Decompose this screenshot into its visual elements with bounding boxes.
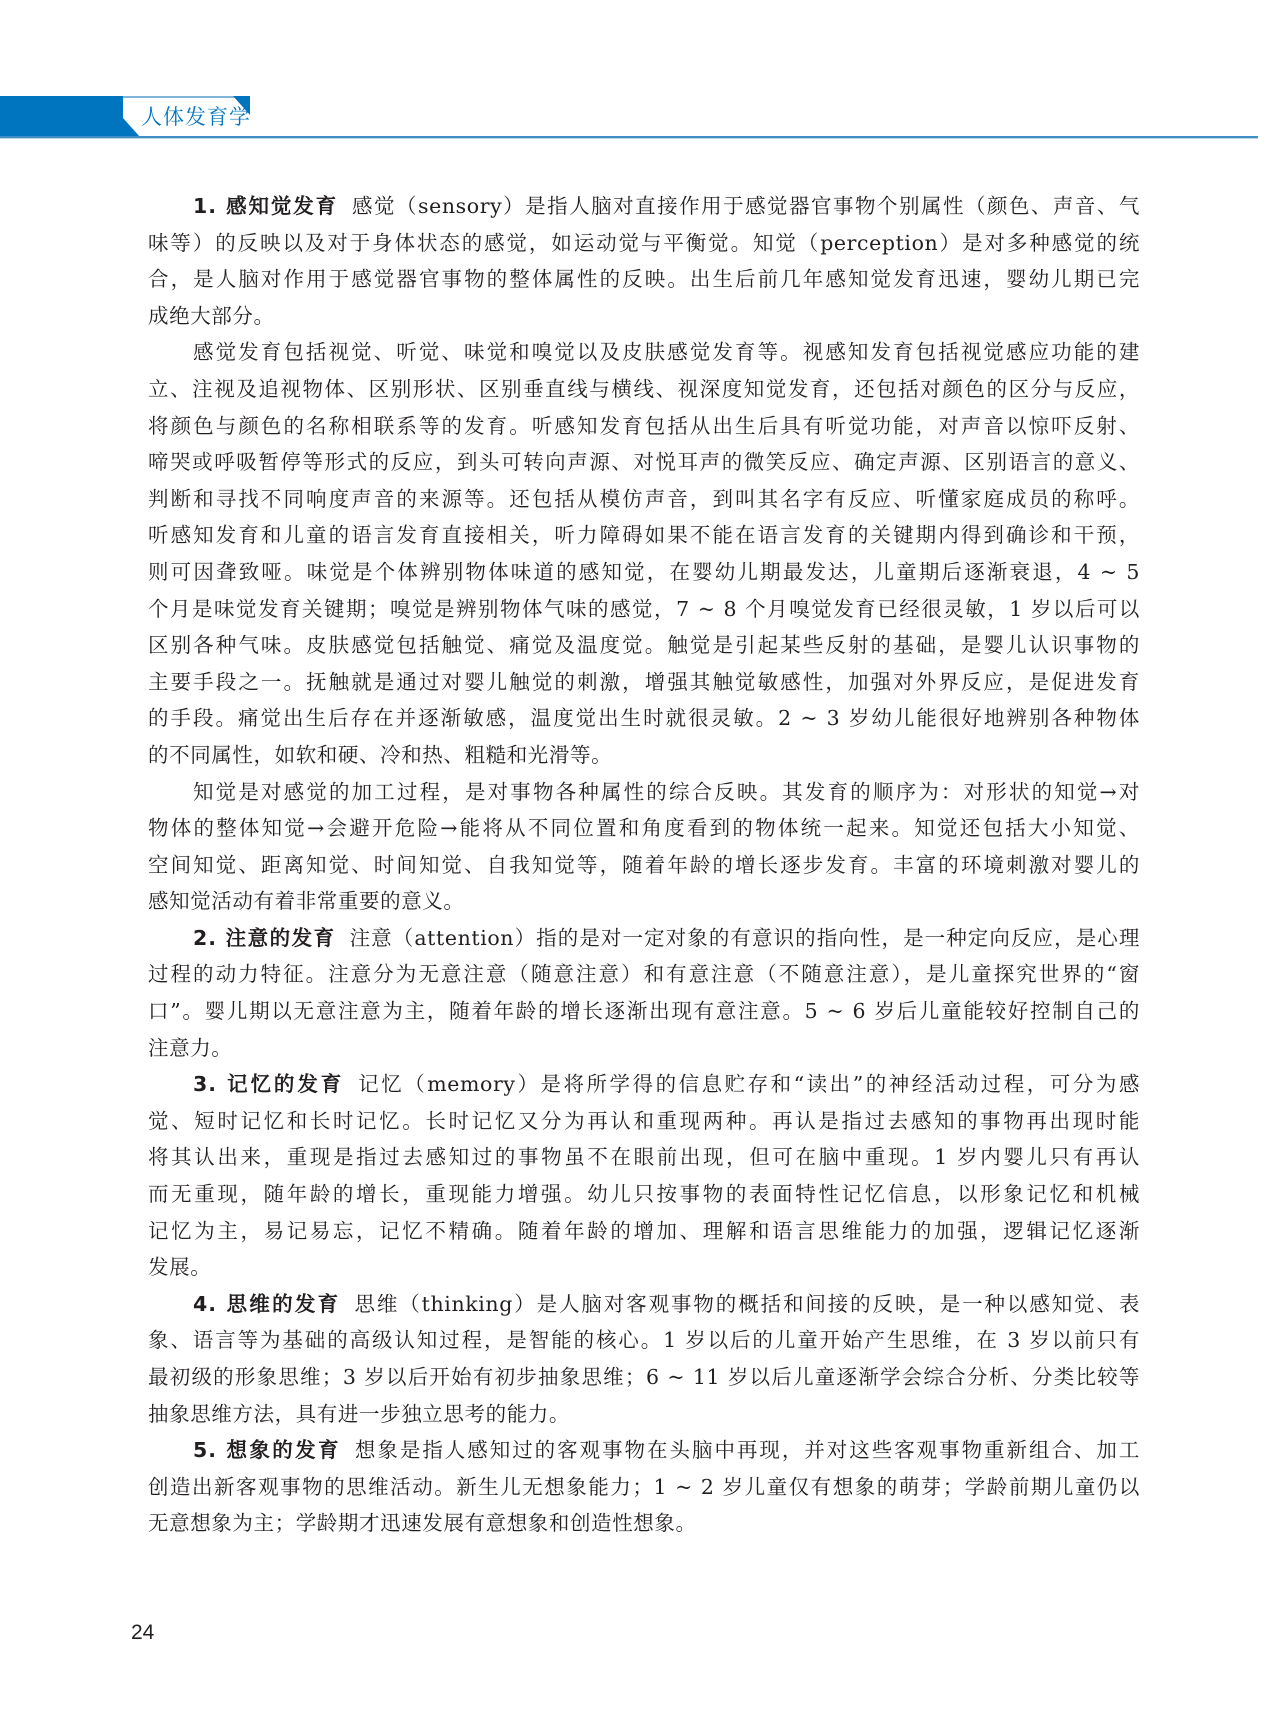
text-line: 过程的动力特征。注意分为无意注意（随意注意）和有意注意（不随意注意），是儿童探究… [148, 956, 1140, 993]
section-1-paragraph: 1. 感知觉发育感觉（sensory）是指人脑对直接作用于感觉器官事物个别属性（… [148, 188, 1140, 334]
line-text: 发展。 [148, 1255, 211, 1279]
text-line: 3. 记忆的发育记忆（memory）是将所学得的信息贮存和“读出”的神经活动过程… [148, 1066, 1140, 1103]
line-text: 感觉（sensory）是指人脑对直接作用于感觉器官事物个别属性（颜色、声音、气 [352, 194, 1140, 218]
line-text: 的手段。痛觉出生后存在并逐渐敏感，温度觉出生时就很灵敏。2 ~ 3 岁幼儿能很好… [148, 706, 1140, 730]
line-text: 合，是人脑对作用于感觉器官事物的整体属性的反映。出生后前几年感知觉发育迅速，婴幼… [148, 267, 1140, 291]
line-text: 物体的整体知觉→会避开危险→能将从不同位置和角度看到的物体统一起来。知觉还包括大… [148, 816, 1140, 840]
text-line: 感觉发育包括视觉、听觉、味觉和嗅觉以及皮肤感觉发育等。视感知发育包括视觉感应功能… [148, 334, 1140, 371]
text-line: 1. 感知觉发育感觉（sensory）是指人脑对直接作用于感觉器官事物个别属性（… [148, 188, 1140, 225]
text-line: 知觉是对感觉的加工过程，是对事物各种属性的综合反映。其发育的顺序为：对形状的知觉… [148, 774, 1140, 811]
header-blue-block [0, 96, 123, 137]
text-line: 听感知发育和儿童的语言发育直接相关，听力障碍如果不能在语言发育的关键期内得到确诊… [148, 517, 1140, 554]
line-text: 无意想象为主；学龄期才迅速发展有意想象和创造性想象。 [148, 1511, 697, 1535]
text-line: 口”。婴儿期以无意注意为主，随着年龄的增长逐渐出现有意注意。5 ~ 6 岁后儿童… [148, 993, 1140, 1030]
section-4-paragraph: 4. 思维的发育思维（thinking）是人脑对客观事物的概括和间接的反映，是一… [148, 1286, 1140, 1432]
text-line: 而无重现，随年龄的增长，重现能力增强。幼儿只按事物的表面特性记忆信息，以形象记忆… [148, 1176, 1140, 1213]
section-heading: 2. 注意的发育 [193, 926, 336, 950]
section-heading: 4. 思维的发育 [193, 1292, 340, 1316]
line-text: 立、注视及追视物体、区别形状、区别垂直线与横线、视深度知觉发育，还包括对颜色的区… [148, 377, 1140, 401]
text-line: 的不同属性，如软和硬、冷和热、粗糙和光滑等。 [148, 737, 1140, 774]
line-text: 的不同属性，如软和硬、冷和热、粗糙和光滑等。 [148, 743, 612, 767]
text-line: 5. 想象的发育想象是指人感知过的客观事物在头脑中再现，并对这些客观事物重新组合… [148, 1432, 1140, 1469]
line-text: 将颜色与颜色的名称相联系等的发育。听感知发育包括从出生后具有听觉功能，对声音以惊… [148, 414, 1140, 438]
text-line: 发展。 [148, 1249, 1140, 1286]
line-text: 记忆（memory）是将所学得的信息贮存和“读出”的神经活动过程，可分为感 [358, 1072, 1140, 1096]
text-line: 4. 思维的发育思维（thinking）是人脑对客观事物的概括和间接的反映，是一… [148, 1286, 1140, 1323]
text-line: 记忆为主，易记易忘，记忆不精确。随着年龄的增加、理解和语言思维能力的加强，逻辑记… [148, 1213, 1140, 1250]
text-line: 感知觉活动有着非常重要的意义。 [148, 883, 1140, 920]
line-text: 最初级的形象思维；3 岁以后开始有初步抽象思维；6 ~ 11 岁以后儿童逐渐学会… [148, 1365, 1140, 1389]
line-text: 将其认出来，重现是指过去感知过的事物虽不在眼前出现，但可在脑中重现。1 岁内婴儿… [148, 1145, 1140, 1169]
text-line: 主要手段之一。抚触就是通过对婴儿触觉的刺激，增强其触觉敏感性，加强对外界反应，是… [148, 664, 1140, 701]
section-5-paragraph: 5. 想象的发育想象是指人感知过的客观事物在头脑中再现，并对这些客观事物重新组合… [148, 1432, 1140, 1542]
text-line: 无意想象为主；学龄期才迅速发展有意想象和创造性想象。 [148, 1505, 1140, 1542]
header-rule-shadow [0, 138, 1258, 139]
section-3-paragraph: 3. 记忆的发育记忆（memory）是将所学得的信息贮存和“读出”的神经活动过程… [148, 1066, 1140, 1286]
line-text: 感觉发育包括视觉、听觉、味觉和嗅觉以及皮肤感觉发育等。视感知发育包括视觉感应功能… [193, 340, 1140, 364]
section-2-paragraph: 2. 注意的发育注意（attention）指的是对一定对象的有意识的指向性，是一… [148, 920, 1140, 1066]
section-1-paragraph-2: 感觉发育包括视觉、听觉、味觉和嗅觉以及皮肤感觉发育等。视感知发育包括视觉感应功能… [148, 334, 1140, 773]
text-line: 立、注视及追视物体、区别形状、区别垂直线与横线、视深度知觉发育，还包括对颜色的区… [148, 371, 1140, 408]
text-line: 觉、短时记忆和长时记忆。长时记忆又分为再认和重现两种。再认是指过去感知的事物再出… [148, 1103, 1140, 1140]
line-text: 而无重现，随年龄的增长，重现能力增强。幼儿只按事物的表面特性记忆信息，以形象记忆… [148, 1182, 1140, 1206]
section-heading: 1. 感知觉发育 [193, 194, 338, 218]
book-title: 人体发育学 [141, 104, 251, 130]
line-text: 思维（thinking）是人脑对客观事物的概括和间接的反映，是一种以感知觉、表 [354, 1292, 1140, 1316]
line-text: 则可因聋致哑。味觉是个体辨别物体味道的感知觉，在婴幼儿期最发达，儿童期后逐渐衰退… [148, 560, 1140, 584]
text-line: 2. 注意的发育注意（attention）指的是对一定对象的有意识的指向性，是一… [148, 920, 1140, 957]
line-text: 过程的动力特征。注意分为无意注意（随意注意）和有意注意（不随意注意），是儿童探究… [148, 962, 1140, 986]
line-text: 注意力。 [148, 1036, 232, 1060]
text-line: 则可因聋致哑。味觉是个体辨别物体味道的感知觉，在婴幼儿期最发达，儿童期后逐渐衰退… [148, 554, 1140, 591]
line-text: 个月是味觉发育关键期；嗅觉是辨别物体气味的感觉，7 ~ 8 个月嗅觉发育已经很灵… [148, 597, 1140, 621]
text-line: 味等）的反映以及对于身体状态的感觉，如运动觉与平衡觉。知觉（perception… [148, 225, 1140, 262]
page-number: 24 [131, 1621, 154, 1645]
line-text: 感知觉活动有着非常重要的意义。 [148, 889, 465, 913]
page-body: 1. 感知觉发育感觉（sensory）是指人脑对直接作用于感觉器官事物个别属性（… [148, 188, 1140, 1542]
text-line: 个月是味觉发育关键期；嗅觉是辨别物体气味的感觉，7 ~ 8 个月嗅觉发育已经很灵… [148, 591, 1140, 628]
text-line: 将颜色与颜色的名称相联系等的发育。听感知发育包括从出生后具有听觉功能，对声音以惊… [148, 408, 1140, 445]
section-heading: 5. 想象的发育 [193, 1438, 341, 1462]
line-text: 味等）的反映以及对于身体状态的感觉，如运动觉与平衡觉。知觉（perception… [148, 231, 1140, 255]
line-text: 记忆为主，易记易忘，记忆不精确。随着年龄的增加、理解和语言思维能力的加强，逻辑记… [148, 1219, 1140, 1243]
text-line: 区别各种气味。皮肤感觉包括触觉、痛觉及温度觉。触觉是引起某些反射的基础，是婴儿认… [148, 627, 1140, 664]
section-heading: 3. 记忆的发育 [193, 1072, 344, 1096]
text-line: 空间知觉、距离知觉、时间知觉、自我知觉等，随着年龄的增长逐步发育。丰富的环境刺激… [148, 847, 1140, 884]
line-text: 注意（attention）指的是对一定对象的有意识的指向性，是一种定向反应，是心… [350, 926, 1140, 950]
text-line: 成绝大部分。 [148, 298, 1140, 335]
text-line: 啼哭或呼吸暂停等形式的反应，到头可转向声源、对悦耳声的微笑反应、确定声源、区别语… [148, 444, 1140, 481]
line-text: 听感知发育和儿童的语言发育直接相关，听力障碍如果不能在语言发育的关键期内得到确诊… [148, 523, 1140, 547]
section-1-paragraph-3: 知觉是对感觉的加工过程，是对事物各种属性的综合反映。其发育的顺序为：对形状的知觉… [148, 774, 1140, 920]
line-text: 成绝大部分。 [148, 304, 275, 328]
text-line: 物体的整体知觉→会避开危险→能将从不同位置和角度看到的物体统一起来。知觉还包括大… [148, 810, 1140, 847]
running-header: 人体发育学 [0, 96, 1258, 139]
line-text: 想象是指人感知过的客观事物在头脑中再现，并对这些客观事物重新组合、加工 [355, 1438, 1140, 1462]
text-line: 将其认出来，重现是指过去感知过的事物虽不在眼前出现，但可在脑中重现。1 岁内婴儿… [148, 1139, 1140, 1176]
text-line: 的手段。痛觉出生后存在并逐渐敏感，温度觉出生时就很灵敏。2 ~ 3 岁幼儿能很好… [148, 700, 1140, 737]
header-corner-triangle-left [123, 118, 140, 137]
text-line: 合，是人脑对作用于感觉器官事物的整体属性的反映。出生后前几年感知觉发育迅速，婴幼… [148, 261, 1140, 298]
line-text: 主要手段之一。抚触就是通过对婴儿触觉的刺激，增强其触觉敏感性，加强对外界反应，是… [148, 670, 1140, 694]
line-text: 空间知觉、距离知觉、时间知觉、自我知觉等，随着年龄的增长逐步发育。丰富的环境刺激… [148, 853, 1140, 877]
text-line: 象、语言等为基础的高级认知过程，是智能的核心。1 岁以后的儿童开始产生思维，在 … [148, 1322, 1140, 1359]
line-text: 区别各种气味。皮肤感觉包括触觉、痛觉及温度觉。触觉是引起某些反射的基础，是婴儿认… [148, 633, 1140, 657]
line-text: 啼哭或呼吸暂停等形式的反应，到头可转向声源、对悦耳声的微笑反应、确定声源、区别语… [148, 450, 1140, 474]
text-line: 注意力。 [148, 1030, 1140, 1067]
text-line: 抽象思维方法，具有进一步独立思考的能力。 [148, 1396, 1140, 1433]
line-text: 创造出新客观事物的思维活动。新生儿无想象能力；1 ~ 2 岁儿童仅有想象的萌芽；… [148, 1475, 1140, 1499]
line-text: 象、语言等为基础的高级认知过程，是智能的核心。1 岁以后的儿童开始产生思维，在 … [148, 1328, 1140, 1352]
text-line: 判断和寻找不同响度声音的来源等。还包括从模仿声音，到叫其名字有反应、听懂家庭成员… [148, 481, 1140, 518]
line-text: 抽象思维方法，具有进一步独立思考的能力。 [148, 1402, 570, 1426]
line-text: 知觉是对感觉的加工过程，是对事物各种属性的综合反映。其发育的顺序为：对形状的知觉… [193, 780, 1140, 804]
line-text: 判断和寻找不同响度声音的来源等。还包括从模仿声音，到叫其名字有反应、听懂家庭成员… [148, 487, 1140, 511]
line-text: 口”。婴儿期以无意注意为主，随着年龄的增长逐渐出现有意注意。5 ~ 6 岁后儿童… [148, 999, 1140, 1023]
line-text: 觉、短时记忆和长时记忆。长时记忆又分为再认和重现两种。再认是指过去感知的事物再出… [148, 1109, 1140, 1133]
text-line: 创造出新客观事物的思维活动。新生儿无想象能力；1 ~ 2 岁儿童仅有想象的萌芽；… [148, 1469, 1140, 1506]
text-line: 最初级的形象思维；3 岁以后开始有初步抽象思维；6 ~ 11 岁以后儿童逐渐学会… [148, 1359, 1140, 1396]
